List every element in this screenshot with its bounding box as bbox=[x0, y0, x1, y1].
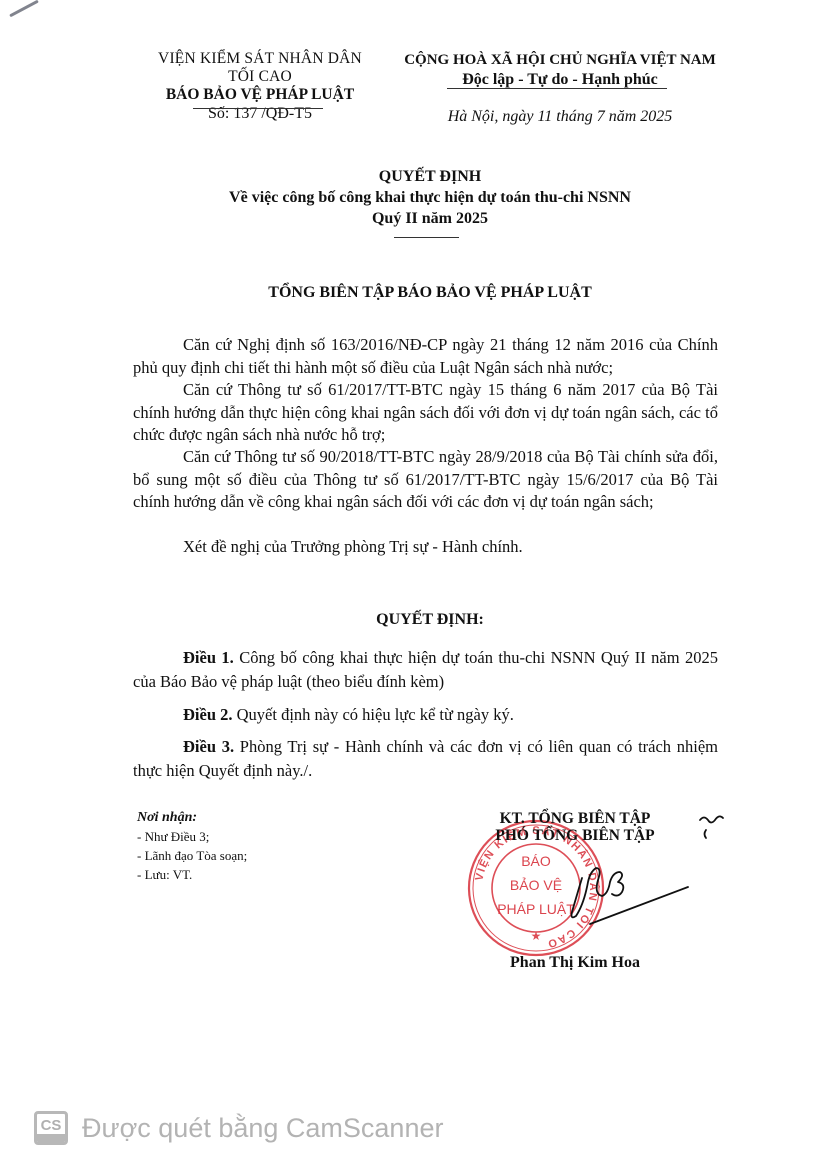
subject-line-1: Về việc công bố công khai thực hiện dự t… bbox=[120, 187, 740, 208]
preamble-paragraph: Căn cứ Thông tư số 61/2017/TT-BTC ngày 1… bbox=[133, 379, 718, 447]
handwritten-signature-icon bbox=[530, 808, 730, 928]
preamble-paragraph: Căn cứ Thông tư số 90/2018/TT-BTC ngày 2… bbox=[133, 446, 718, 514]
national-motto: Độc lập - Tự do - Hạnh phúc bbox=[380, 70, 740, 90]
title-heading: QUYẾT ĐỊNH bbox=[120, 166, 740, 187]
decision-heading: QUYẾT ĐỊNH: bbox=[120, 611, 740, 629]
agency-line-2: TỐI CAO bbox=[140, 68, 380, 86]
preamble-paragraph: Căn cứ Nghị định số 163/2016/NĐ-CP ngày … bbox=[133, 334, 718, 379]
camscanner-watermark: CS Được quét bằng CamScanner bbox=[34, 1108, 443, 1148]
subject-underline bbox=[394, 237, 459, 238]
signer-name: Phan Thị Kim Hoa bbox=[440, 954, 710, 972]
subject-line-2: Quý II năm 2025 bbox=[120, 208, 740, 229]
recipient-item: - Như Điều 3; bbox=[137, 827, 377, 846]
article-label: Điều 2. bbox=[183, 705, 233, 724]
recipients-heading: Nơi nhận: bbox=[137, 808, 377, 827]
issuer-heading: TỔNG BIÊN TẬP BÁO BẢO VỆ PHÁP LUẬT bbox=[120, 284, 740, 302]
article-label: Điều 1. bbox=[183, 648, 234, 667]
org-underline bbox=[193, 108, 323, 109]
header-left: VIỆN KIỂM SÁT NHÂN DÂN TỐI CAO BÁO BẢO V… bbox=[140, 50, 380, 123]
svg-text:★: ★ bbox=[531, 929, 542, 943]
place-date: Hà Nội, ngày 11 tháng 7 năm 2025 bbox=[380, 108, 740, 126]
article-label: Điều 3. bbox=[183, 737, 234, 756]
article-text: Quyết định này có hiệu lực kể từ ngày ký… bbox=[233, 705, 514, 724]
article-2: Điều 2. Quyết định này có hiệu lực kể từ… bbox=[133, 703, 718, 727]
scan-artifact-mark bbox=[9, 0, 39, 17]
organization-name: BÁO BẢO VỆ PHÁP LUẬT bbox=[140, 86, 380, 104]
header-right: CỘNG HOÀ XÃ HỘI CHỦ NGHĨA VIỆT NAM Độc l… bbox=[380, 50, 740, 90]
camscanner-logo-icon: CS bbox=[34, 1111, 68, 1145]
article-1: Điều 1. Công bố công khai thực hiện dự t… bbox=[133, 646, 718, 694]
motto-underline bbox=[447, 88, 667, 89]
recipient-item: - Lưu: VT. bbox=[137, 865, 377, 884]
agency-line-1: VIỆN KIỂM SÁT NHÂN DÂN bbox=[140, 50, 380, 68]
nation-name: CỘNG HOÀ XÃ HỘI CHỦ NGHĨA VIỆT NAM bbox=[380, 50, 740, 70]
document-title: QUYẾT ĐỊNH Về việc công bố công khai thự… bbox=[120, 166, 740, 229]
recipient-item: - Lãnh đạo Tòa soạn; bbox=[137, 846, 377, 865]
watermark-text: Được quét bằng CamScanner bbox=[82, 1113, 443, 1144]
recipients-block: Nơi nhận: - Như Điều 3; - Lãnh đạo Tòa s… bbox=[137, 808, 377, 884]
article-3: Điều 3. Phòng Trị sự - Hành chính và các… bbox=[133, 735, 718, 783]
camscanner-logo-label: CS bbox=[41, 1117, 62, 1134]
preamble-paragraph: Xét đề nghị của Trưởng phòng Trị sự - Hà… bbox=[133, 536, 718, 559]
